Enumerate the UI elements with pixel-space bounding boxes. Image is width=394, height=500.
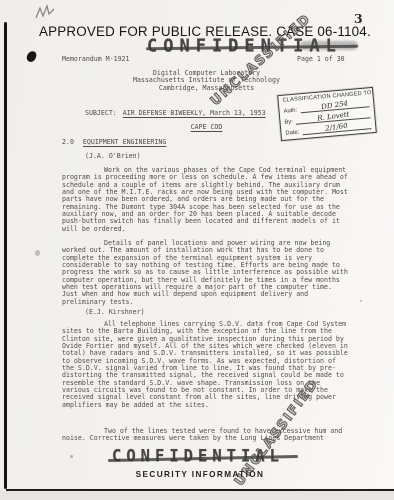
security-information-label: SECURITY INFORMATION (120, 470, 280, 479)
section-number: 2.0 (62, 138, 74, 146)
memo-subtitle: CAPE COD (62, 124, 351, 131)
author-attribution: (E.J. Kirshner) (85, 309, 145, 316)
page-left-edge-line (4, 22, 7, 489)
subject-label: SUBJECT: (85, 109, 117, 117)
scan-speck (360, 300, 362, 302)
pencil-scribble-mark (34, 4, 56, 24)
page-number: 3 (354, 11, 363, 26)
section-title: EQUIPMENT ENGINEERING (83, 138, 166, 146)
body-paragraph: Details of panel locations and power wir… (62, 240, 351, 306)
subject-text: AIR DEFENSE BIWEEKLY, March 13, 1953 (123, 109, 266, 117)
scanned-memo-page: APPROVED FOR PUBLIC RELEASE. CASE 06-110… (0, 0, 394, 500)
subject-line: SUBJECT:AIR DEFENSE BIWEEKLY, March 13, … (85, 110, 266, 117)
org-line: Cambridge, Massachusetts (62, 85, 351, 92)
section-heading: 2.0EQUIPMENT ENGINEERING (62, 139, 166, 146)
memo-number: Memorandum M-1921 (62, 56, 130, 63)
ink-smear-mark (300, 41, 358, 50)
scan-background-strip (0, 491, 394, 500)
page-info: Page 1 of 30 (297, 56, 345, 63)
auth-label: Auth: (283, 108, 297, 115)
body-paragraph: Work on the various phases of the Cape C… (62, 167, 351, 233)
body-paragraph: Two of the lines tested were found to ha… (62, 428, 351, 443)
smudge-mark (35, 250, 40, 256)
scan-speck (70, 455, 73, 458)
classification-changed-stamp: CLASSIFICATION CHANGED TO: Auth: DD 254 … (277, 87, 377, 141)
author-attribution: (J.A. O'Brien) (85, 153, 141, 160)
ink-blob-mark (26, 50, 38, 63)
organization-block: Digital Computer Laboratory Massachusett… (62, 70, 351, 92)
